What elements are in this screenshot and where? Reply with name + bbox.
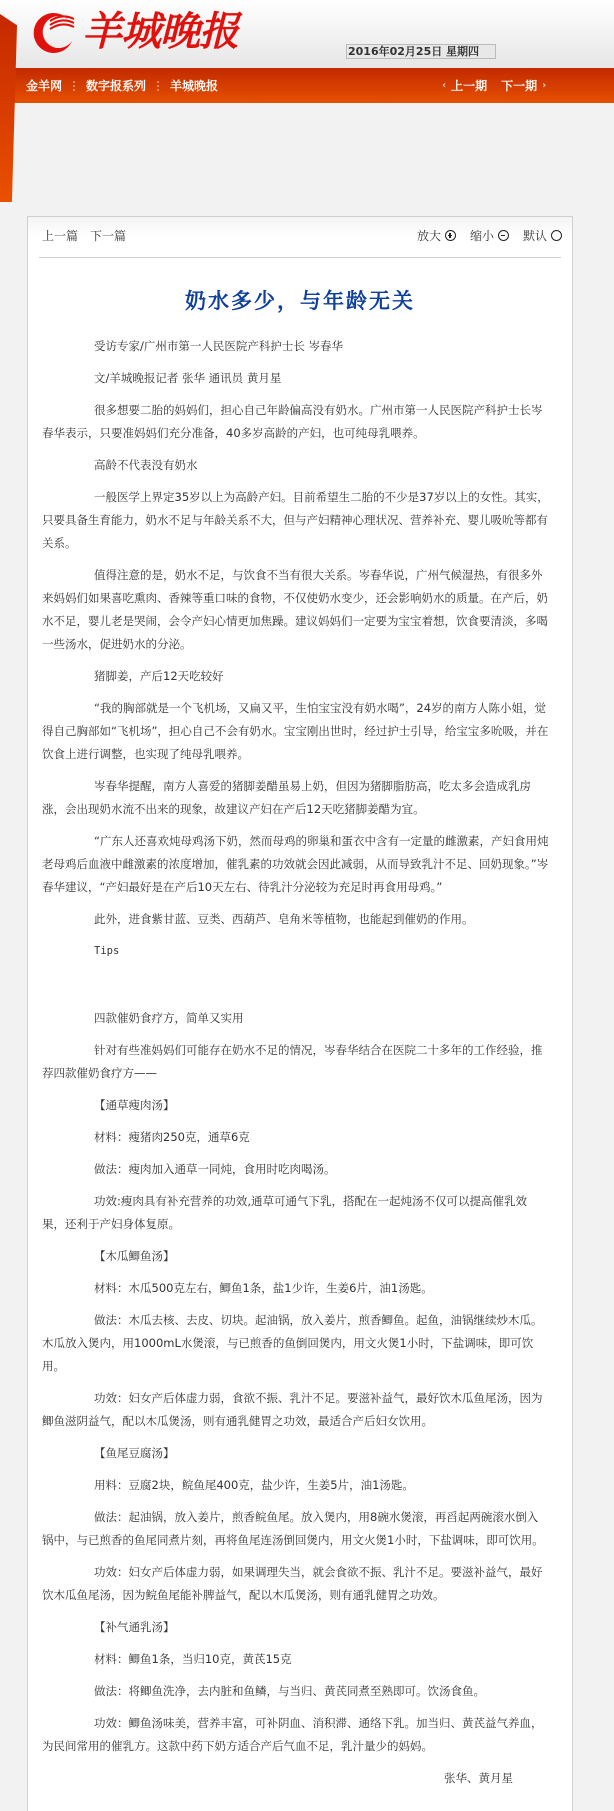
prev-article-link[interactable]: 上一篇 — [42, 227, 78, 244]
recipe-title: 【鱼尾豆腐汤】 — [42, 1442, 549, 1465]
article-paragraph: 值得注意的是，奶水不足，与饮食不当有很大关系。岑春华说，广州气候湿热，有很多外来… — [42, 564, 549, 656]
plus-circle-icon — [445, 230, 456, 241]
article-toolbar: 上一篇 下一篇 放大 缩小 默认 — [42, 227, 562, 247]
nav-separator — [157, 81, 159, 91]
next-article-link[interactable]: 下一篇 — [90, 227, 126, 244]
zoom-in-button[interactable]: 放大 — [417, 227, 456, 244]
article-paragraph: “我的胸部就是一个飞机场，又扁又平，生怕宝宝没有奶水喝”，24岁的南方人陈小姐，… — [42, 697, 549, 766]
prev-issue-link[interactable]: 上一期 — [451, 77, 487, 94]
article-paragraph: 很多想要二胎的妈妈们，担心自己年龄偏高没有奶水。广州市第一人民医院产科护士长岑春… — [42, 399, 549, 445]
logo-text: 羊城晚报 — [82, 4, 238, 60]
tips-label: Tips — [42, 940, 549, 963]
issue-date: 2016年02月25日 星期四 — [346, 44, 496, 59]
recipe-method: 做法：起油锅，放入姜片，煎香鲩鱼尾。放入煲内，用8碗水煲滚，再舀起两碗滚水倒入锅… — [42, 1506, 549, 1552]
zoom-in-label: 放大 — [417, 227, 441, 244]
article-subheading: 四款催奶食疗方，简单又实用 — [42, 1007, 549, 1030]
article-paragraph: 一般医学上界定35岁以上为高龄产妇。目前希望生二胎的不少是37岁以上的女性。其实… — [42, 486, 549, 555]
toolbar-divider — [39, 257, 561, 258]
default-size-button[interactable]: 默认 — [523, 227, 562, 244]
recipe-method: 做法：木瓜去核、去皮、切块。起油锅，放入姜片，煎香鲫鱼。起鱼，油锅继续炒木瓜。木… — [42, 1309, 549, 1378]
article-title: 奶水多少，与年龄无关 — [28, 285, 572, 315]
nav-link-ycwb[interactable]: 羊城晚报 — [170, 77, 218, 94]
article-subheading: 高龄不代表没有奶水 — [42, 454, 549, 477]
recipe-ingredients: 材料：鲫鱼1条，当归10克，黄芪15克 — [42, 1648, 549, 1671]
nav-separator — [73, 81, 75, 91]
chevron-left-icon: ‹ — [442, 80, 446, 91]
recipe-ingredients: 材料：瘦猪肉250克，通草6克 — [42, 1126, 549, 1149]
article-paragraph: 此外，进食紫甘蓝、豆类、西葫芦、皂角米等植物，也能起到催奶的作用。 — [42, 908, 549, 931]
site-logo[interactable]: 羊城晚报 — [28, 4, 238, 60]
recipe-effect: 功效：妇女产后体虚力弱，食欲不振、乳汁不足。要滋补益气，最好饮木瓜鱼尾汤，因为鲫… — [42, 1387, 549, 1433]
default-size-label: 默认 — [523, 227, 547, 244]
nav-link-jinyang[interactable]: 金羊网 — [26, 77, 62, 94]
recipe-ingredients: 材料：木瓜500克左右，鲫鱼1条，盐1少许，生姜6片，油1汤匙。 — [42, 1277, 549, 1300]
zoom-out-label: 缩小 — [470, 227, 494, 244]
recipe-effect: 功效：妇女产后体虚力弱，如果调理失当，就会食欲不振、乳汁不足。要滋补益气，最好饮… — [42, 1561, 549, 1607]
article-panel: 上一篇 下一篇 放大 缩小 默认 奶水多少，与年龄无关 受访专家/广州市第一人民… — [27, 216, 573, 1811]
recipe-title: 【补气通乳汤】 — [42, 1616, 549, 1639]
article-paragraph: 文/羊城晚报记者 张华 通讯员 黄月星 — [42, 367, 549, 390]
blank-line — [42, 972, 549, 1007]
recipe-title: 【木瓜鲫鱼汤】 — [42, 1245, 549, 1268]
next-issue-link[interactable]: 下一期 — [501, 77, 537, 94]
circle-icon — [551, 230, 562, 241]
article-subheading: 猪脚姜，产后12天吃较好 — [42, 665, 549, 688]
chevron-right-icon: › — [542, 80, 546, 91]
article-paragraph: 岑春华提醒，南方人喜爱的猪脚姜醋虽易上奶，但因为猪脚脂肪高，吃太多会造成乳房涨，… — [42, 775, 549, 821]
article-paragraph: 针对有些准妈妈们可能存在奶水不足的情况，岑春华结合在医院二十多年的工作经验，推荐… — [42, 1039, 549, 1085]
recipe-effect: 功效：鲫鱼汤味美，营养丰富，可补阴血、消积滞、通络下乳。加当归、黄芪益气养血，为… — [42, 1712, 549, 1758]
recipe-ingredients: 用料：豆腐2块，鲩鱼尾400克，盐少许，生姜5片，油1汤匙。 — [42, 1474, 549, 1497]
minus-circle-icon — [498, 230, 509, 241]
article-body: 受访专家/广州市第一人民医院产科护士长 岑春华 文/羊城晚报记者 张华 通讯员 … — [42, 335, 549, 1799]
page-ribbon — [0, 14, 17, 202]
article-paragraph: “广东人还喜欢炖母鸡汤下奶，然而母鸡的卵巢和蛋衣中含有一定量的雌激素，产妇食用炖… — [42, 830, 549, 899]
logo-swirl-icon — [28, 7, 78, 57]
zoom-out-button[interactable]: 缩小 — [470, 227, 509, 244]
recipe-method: 做法：将鲫鱼洗净，去内脏和鱼鳞，与当归、黄芪同煮至熟即可。饮汤食鱼。 — [42, 1680, 549, 1703]
article-paragraph: 受访专家/广州市第一人民医院产科护士长 岑春华 — [42, 335, 549, 358]
recipe-effect: 功效:瘦肉具有补充营养的功效,通草可通气下乳，搭配在一起炖汤不仅可以提高催乳效果… — [42, 1190, 549, 1236]
nav-link-digital-series[interactable]: 数字报系列 — [86, 77, 146, 94]
recipe-method: 做法：瘦肉加入通草一同炖，食用时吃肉喝汤。 — [42, 1158, 549, 1181]
site-header: 羊城晚报 2016年02月25日 星期四 — [0, 0, 614, 68]
nav-bar: 金羊网 数字报系列 羊城晚报 ‹ 上一期 下一期 › — [0, 68, 614, 103]
recipe-title: 【通草瘦肉汤】 — [42, 1094, 549, 1117]
article-signature: 张华、黄月星 — [42, 1767, 549, 1790]
